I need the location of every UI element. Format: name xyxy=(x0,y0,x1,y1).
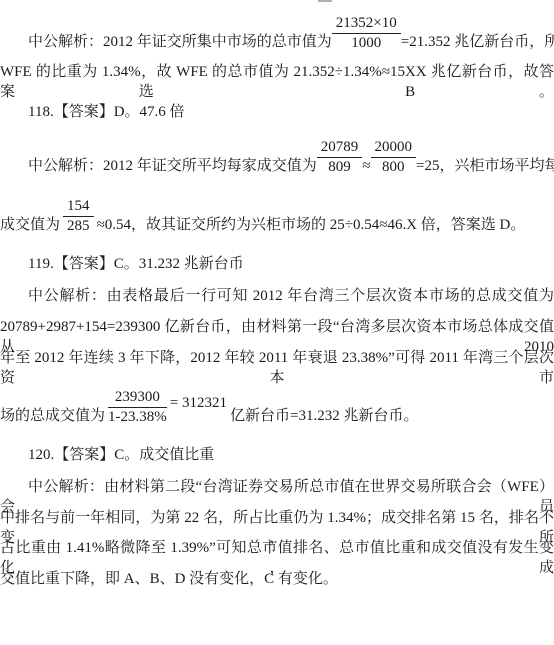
q118-fraction-2-numerator: 20000 xyxy=(371,139,417,158)
q118-line2: 成交值为 154 285 ≈0.54，故其证交所约为兴柜市场的 25÷0.54≈… xyxy=(0,195,554,235)
q117-line1-prefix: 中公解析：2012 年证交所集中市场的总市值为 xyxy=(28,32,332,52)
q118-line2-prefix: 成交值为 xyxy=(0,215,60,235)
q117-fraction-denominator: 1000 xyxy=(332,34,401,52)
q118-fraction-1-denominator: 809 xyxy=(317,158,363,176)
q117-fraction: 21352×10 1000 xyxy=(332,15,401,52)
q118-fraction-3: 154 285 xyxy=(63,198,94,235)
q118-line1-prefix: 中公解析：2012 年证交所平均每家成交值为 xyxy=(28,156,317,176)
q118-line2-suffix: ≈0.54，故其证交所约为兴柜市场的 25÷0.54≈46.X 倍，答案选 D。 xyxy=(97,215,526,235)
q118-fraction-1: 20789 809 xyxy=(317,139,363,176)
q120-answer-line: 120.【答案】C。成交值比重 xyxy=(0,445,554,465)
q119-fraction-numerator: 239300 xyxy=(108,389,167,408)
q119-line4: 场的总成交值为 239300 1-23.38% = 312321 亿新台币=31… xyxy=(0,384,554,426)
q118-answer-line: 118.【答案】D。47.6 倍 xyxy=(0,102,554,122)
q117-fraction-numerator: 21352×10 xyxy=(332,15,401,34)
q119-fraction-denominator: 1-23.38% xyxy=(108,408,167,426)
q119-line4-suffix: 亿新台币=31.232 兆新台币。 xyxy=(230,406,418,426)
q117-line2: WFE 的比重为 1.34%，故 WFE 的总市值为 21.352÷1.34%≈… xyxy=(0,62,554,102)
q119-line3: 年至 2012 年连续 3 年下降，2012 年较 2011 年衰退 23.38… xyxy=(0,348,554,388)
q118-fraction-3-denominator: 285 xyxy=(63,217,94,235)
q118-approx-symbol: ≈ xyxy=(362,156,370,176)
document-page: 中公解析：2012 年证交所集中市场的总市值为 21352×10 1000 =2… xyxy=(0,0,554,645)
q120-line4: 交值比重下降，即 A、B、D 没有变化，C 有变化。 xyxy=(0,569,554,589)
q119-answer-line: 119.【答案】C。31.232 兆新台币 xyxy=(0,254,554,274)
q119-fraction: 239300 1-23.38% xyxy=(108,389,167,426)
q119-line4-prefix: 场的总成交值为 xyxy=(0,406,105,426)
q117-line1: 中公解析：2012 年证交所集中市场的总市值为 21352×10 1000 =2… xyxy=(0,8,554,52)
q118-fraction-1-numerator: 20789 xyxy=(317,139,363,158)
q118-line1: 中公解析：2012 年证交所平均每家成交值为 20789 809 ≈ 20000… xyxy=(0,132,554,176)
q119-line1: 中公解析：由表格最后一行可知 2012 年台湾三个层次资本市场的总成交值为 xyxy=(0,286,554,306)
q117-line1-suffix: =21.352 兆亿新台币，所占 xyxy=(401,32,554,52)
q118-fraction-3-numerator: 154 xyxy=(63,198,94,217)
q118-fraction-2: 20000 800 xyxy=(371,139,417,176)
q118-line1-suffix: =25，兴柜市场平均每家 xyxy=(416,156,554,176)
q119-equation-result: = 312321 xyxy=(170,393,227,413)
q118-fraction-2-denominator: 800 xyxy=(371,158,417,176)
page-crop-artifact xyxy=(318,0,332,2)
